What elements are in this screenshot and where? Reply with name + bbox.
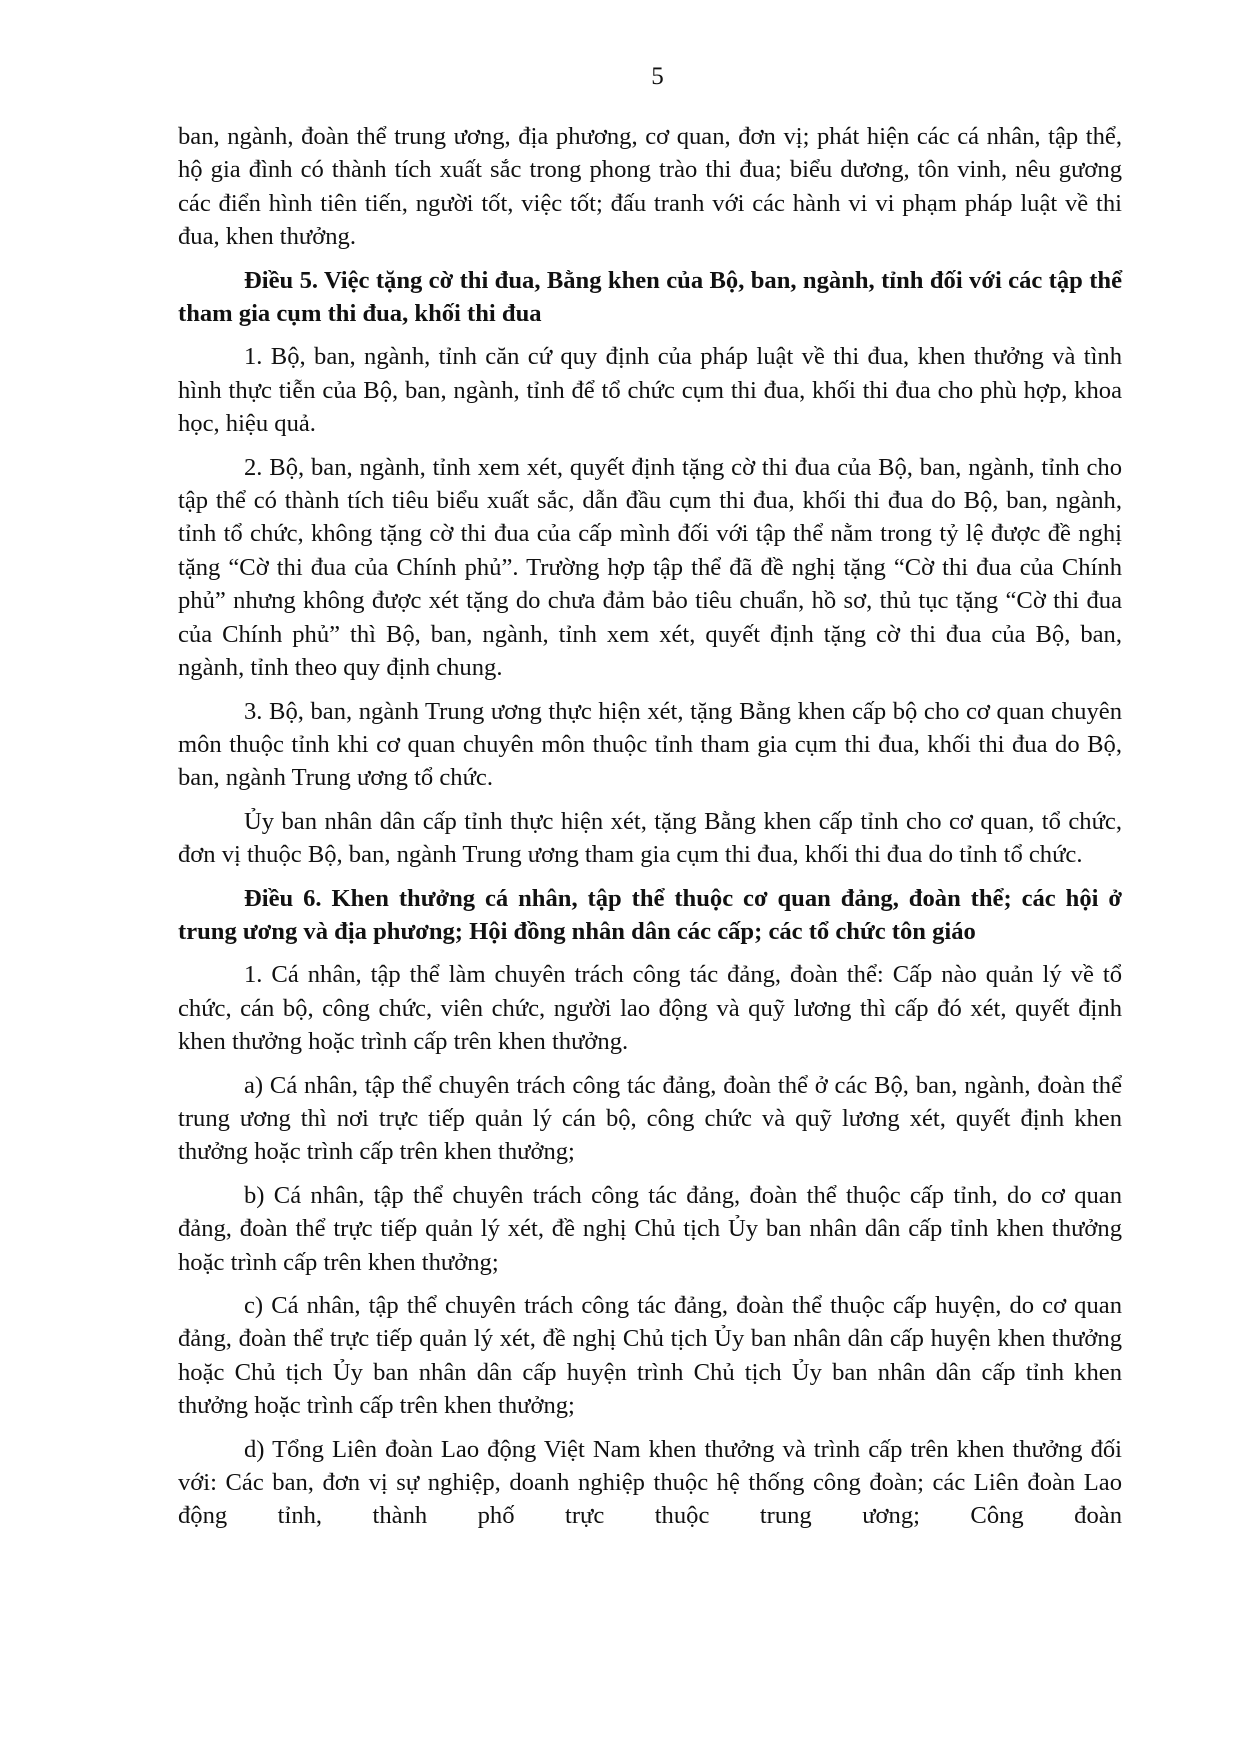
document-page: 5 ban, ngành, đoàn thể trung ương, địa p… (0, 0, 1241, 1755)
article-5-clause-3-provincial: Ủy ban nhân dân cấp tỉnh thực hiện xét, … (178, 805, 1122, 872)
article-5-clause-3: 3. Bộ, ban, ngành Trung ương thực hiện x… (178, 695, 1122, 795)
article-6-point-d: d) Tổng Liên đoàn Lao động Việt Nam khen… (178, 1433, 1122, 1533)
article-6-point-c: c) Cá nhân, tập thể chuyên trách công tá… (178, 1289, 1122, 1423)
article-6-point-b: b) Cá nhân, tập thể chuyên trách công tá… (178, 1179, 1122, 1279)
article-5-clause-1: 1. Bộ, ban, ngành, tỉnh căn cứ quy định … (178, 340, 1122, 440)
article-6-heading: Điều 6. Khen thưởng cá nhân, tập thể thu… (178, 882, 1122, 949)
article-6-clause-1: 1. Cá nhân, tập thể làm chuyên trách côn… (178, 958, 1122, 1058)
article-6-point-a: a) Cá nhân, tập thể chuyên trách công tá… (178, 1069, 1122, 1169)
continuation-paragraph: ban, ngành, đoàn thể trung ương, địa phư… (178, 120, 1122, 254)
article-5-heading: Điều 5. Việc tặng cờ thi đua, Bằng khen … (178, 264, 1122, 331)
page-number: 5 (37, 60, 1241, 93)
document-body: ban, ngành, đoàn thể trung ương, địa phư… (178, 120, 1122, 1543)
article-5-clause-2: 2. Bộ, ban, ngành, tỉnh xem xét, quyết đ… (178, 451, 1122, 685)
